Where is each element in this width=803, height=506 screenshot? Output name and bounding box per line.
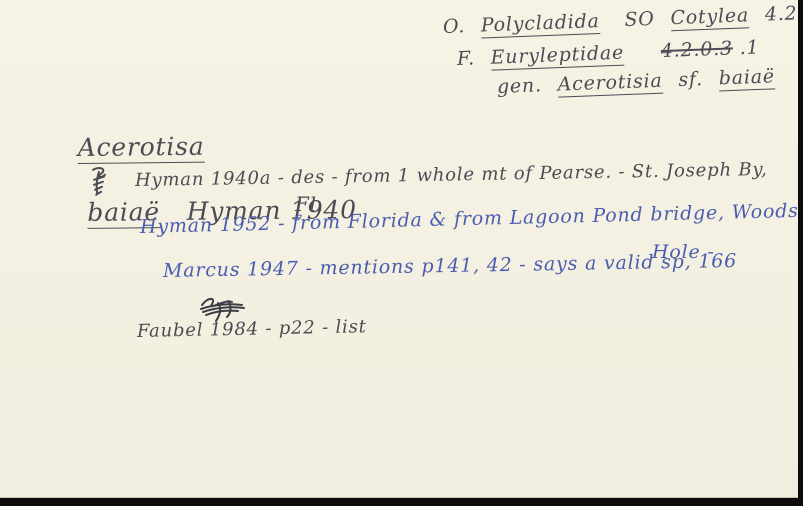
order-name: Polycladida: [480, 10, 600, 39]
suborder-abbrev: SO: [624, 8, 655, 31]
genus-prefix: gen.: [497, 74, 543, 98]
entry-text: Marcus 1947 - mentions p141, 42 - says a…: [163, 250, 737, 282]
family-abbrev: F.: [457, 47, 476, 70]
species-name: baiaë: [718, 65, 775, 91]
family-name: Euryleptidae: [490, 42, 624, 71]
classification-line-order: O. Polycladida SO Cotylea 4.2.4.1.2: [443, 0, 803, 40]
scan-edge-right: [798, 0, 803, 506]
species-qualifier: sf.: [678, 68, 703, 91]
entry-marcus-1947: Marcus 1947 - mentions p141, 42 - says a…: [163, 250, 737, 282]
entry-faubel-1984: Faubel 1984 - p22 - list: [137, 316, 367, 342]
order-abbrev: O.: [443, 15, 466, 38]
scan-edge-bottom: [0, 498, 803, 506]
classification-code-struck: 4.2.0.3: [660, 37, 733, 62]
genus-name: Acerotisia: [557, 70, 663, 98]
entry-text: Faubel 1984 - p22 - list: [137, 316, 367, 342]
classification-code-rest: .1: [739, 36, 760, 59]
overwritten-qualifier-scribble: [87, 164, 111, 198]
title-genus: Acerotisa: [77, 132, 204, 164]
suborder-name: Cotylea: [670, 4, 749, 31]
index-card: O. Polycladida SO Cotylea 4.2.4.1.2 F. E…: [0, 0, 799, 498]
classification-line-genus: gen. Acerotisia sf. baiaë: [497, 65, 776, 100]
scanned-image: O. Polycladida SO Cotylea 4.2.4.1.2 F. E…: [0, 0, 803, 506]
